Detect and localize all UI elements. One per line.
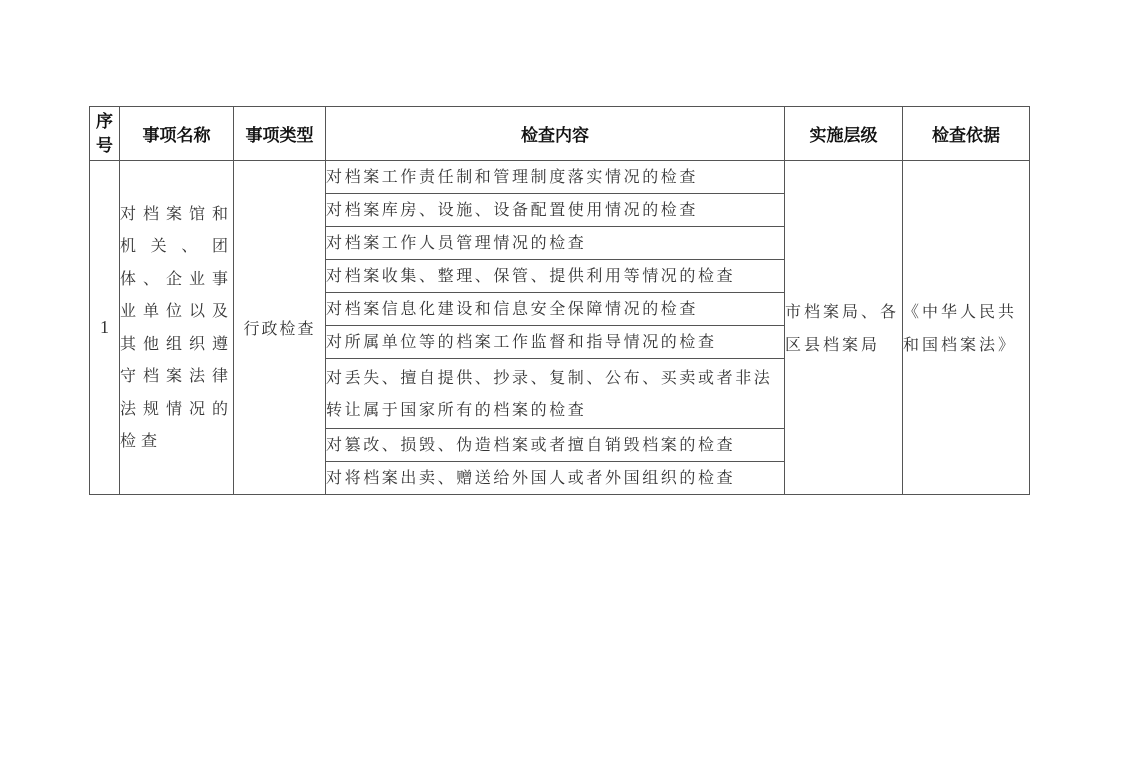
header-type: 事项类型 [234, 107, 326, 161]
cell-seq: 1 [90, 161, 120, 495]
cell-basis: 《中华人民共和国档案法》 [903, 161, 1030, 495]
table-row: 1 对档案馆和机关、团体、企业事业单位以及其他组织遵守档案法律法规情况的检查 行… [90, 161, 1030, 194]
cell-level: 市档案局、各区县档案局 [785, 161, 903, 495]
cell-content-9: 对将档案出卖、赠送给外国人或者外国组织的检查 [326, 462, 785, 495]
cell-content-5: 对档案信息化建设和信息安全保障情况的检查 [326, 293, 785, 326]
cell-content-6: 对所属单位等的档案工作监督和指导情况的检查 [326, 326, 785, 359]
cell-content-7: 对丢失、擅自提供、抄录、复制、公布、买卖或者非法转让属于国家所有的档案的检查 [326, 359, 785, 429]
header-content: 检查内容 [326, 107, 785, 161]
header-level: 实施层级 [785, 107, 903, 161]
cell-content-2: 对档案库房、设施、设备配置使用情况的检查 [326, 194, 785, 227]
header-name: 事项名称 [120, 107, 234, 161]
cell-content-8: 对篡改、损毁、伪造档案或者擅自销毁档案的检查 [326, 429, 785, 462]
cell-content-1: 对档案工作责任制和管理制度落实情况的检查 [326, 161, 785, 194]
table-header-row: 序号 事项名称 事项类型 检查内容 实施层级 检查依据 [90, 107, 1030, 161]
cell-content-3: 对档案工作人员管理情况的检查 [326, 227, 785, 260]
header-seq: 序号 [90, 107, 120, 161]
cell-item-type: 行政检查 [234, 161, 326, 495]
header-basis: 检查依据 [903, 107, 1030, 161]
inspection-items-table: 序号 事项名称 事项类型 检查内容 实施层级 检查依据 1 对档案馆和机关、团体… [89, 106, 1030, 495]
cell-content-4: 对档案收集、整理、保管、提供利用等情况的检查 [326, 260, 785, 293]
cell-item-name: 对档案馆和机关、团体、企业事业单位以及其他组织遵守档案法律法规情况的检查 [120, 161, 234, 495]
